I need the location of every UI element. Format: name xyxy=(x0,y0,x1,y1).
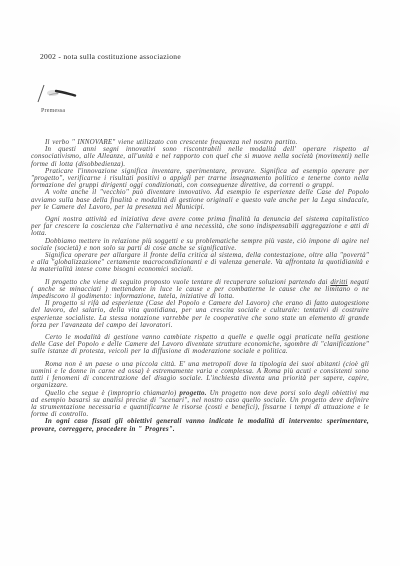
paragraph: Il progetto si rifà ad esperienze (Case … xyxy=(31,300,369,329)
handwritten-annotation-icon xyxy=(35,84,95,106)
paragraph: A volte anche il "vecchio" può diventare… xyxy=(31,189,369,211)
page-title: 2002 - nota sulla costituzione associazi… xyxy=(40,52,181,61)
paragraph: Roma non è un paese o una piccola città.… xyxy=(31,361,369,390)
closing-paragraph: In ogni caso fissati gli obiettivi gener… xyxy=(31,418,369,432)
paragraph: Praticare l'innovazione significa invent… xyxy=(31,168,369,190)
paragraph: Certo le modalità di gestione vanno camb… xyxy=(31,334,369,356)
section-heading: Premessa xyxy=(41,108,65,114)
paragraph: Dobbiamo mettere in relazione più sogget… xyxy=(31,238,369,252)
document-body: Il verbo " INNOVARE" viene utilizzato co… xyxy=(31,139,369,433)
paragraph: Significa operare per allargare il front… xyxy=(31,252,369,274)
paragraph: Il progetto che viene di seguito propost… xyxy=(31,279,369,301)
paragraph: Quello che segue è (improprio chiamarlo)… xyxy=(31,390,369,419)
paragraph: Ogni nostra attività ed iniziativa deve … xyxy=(31,216,369,238)
scanned-page: 2002 - nota sulla costituzione associazi… xyxy=(0,0,400,566)
paragraph: In questi anni segni innovativi sono ris… xyxy=(31,146,369,168)
